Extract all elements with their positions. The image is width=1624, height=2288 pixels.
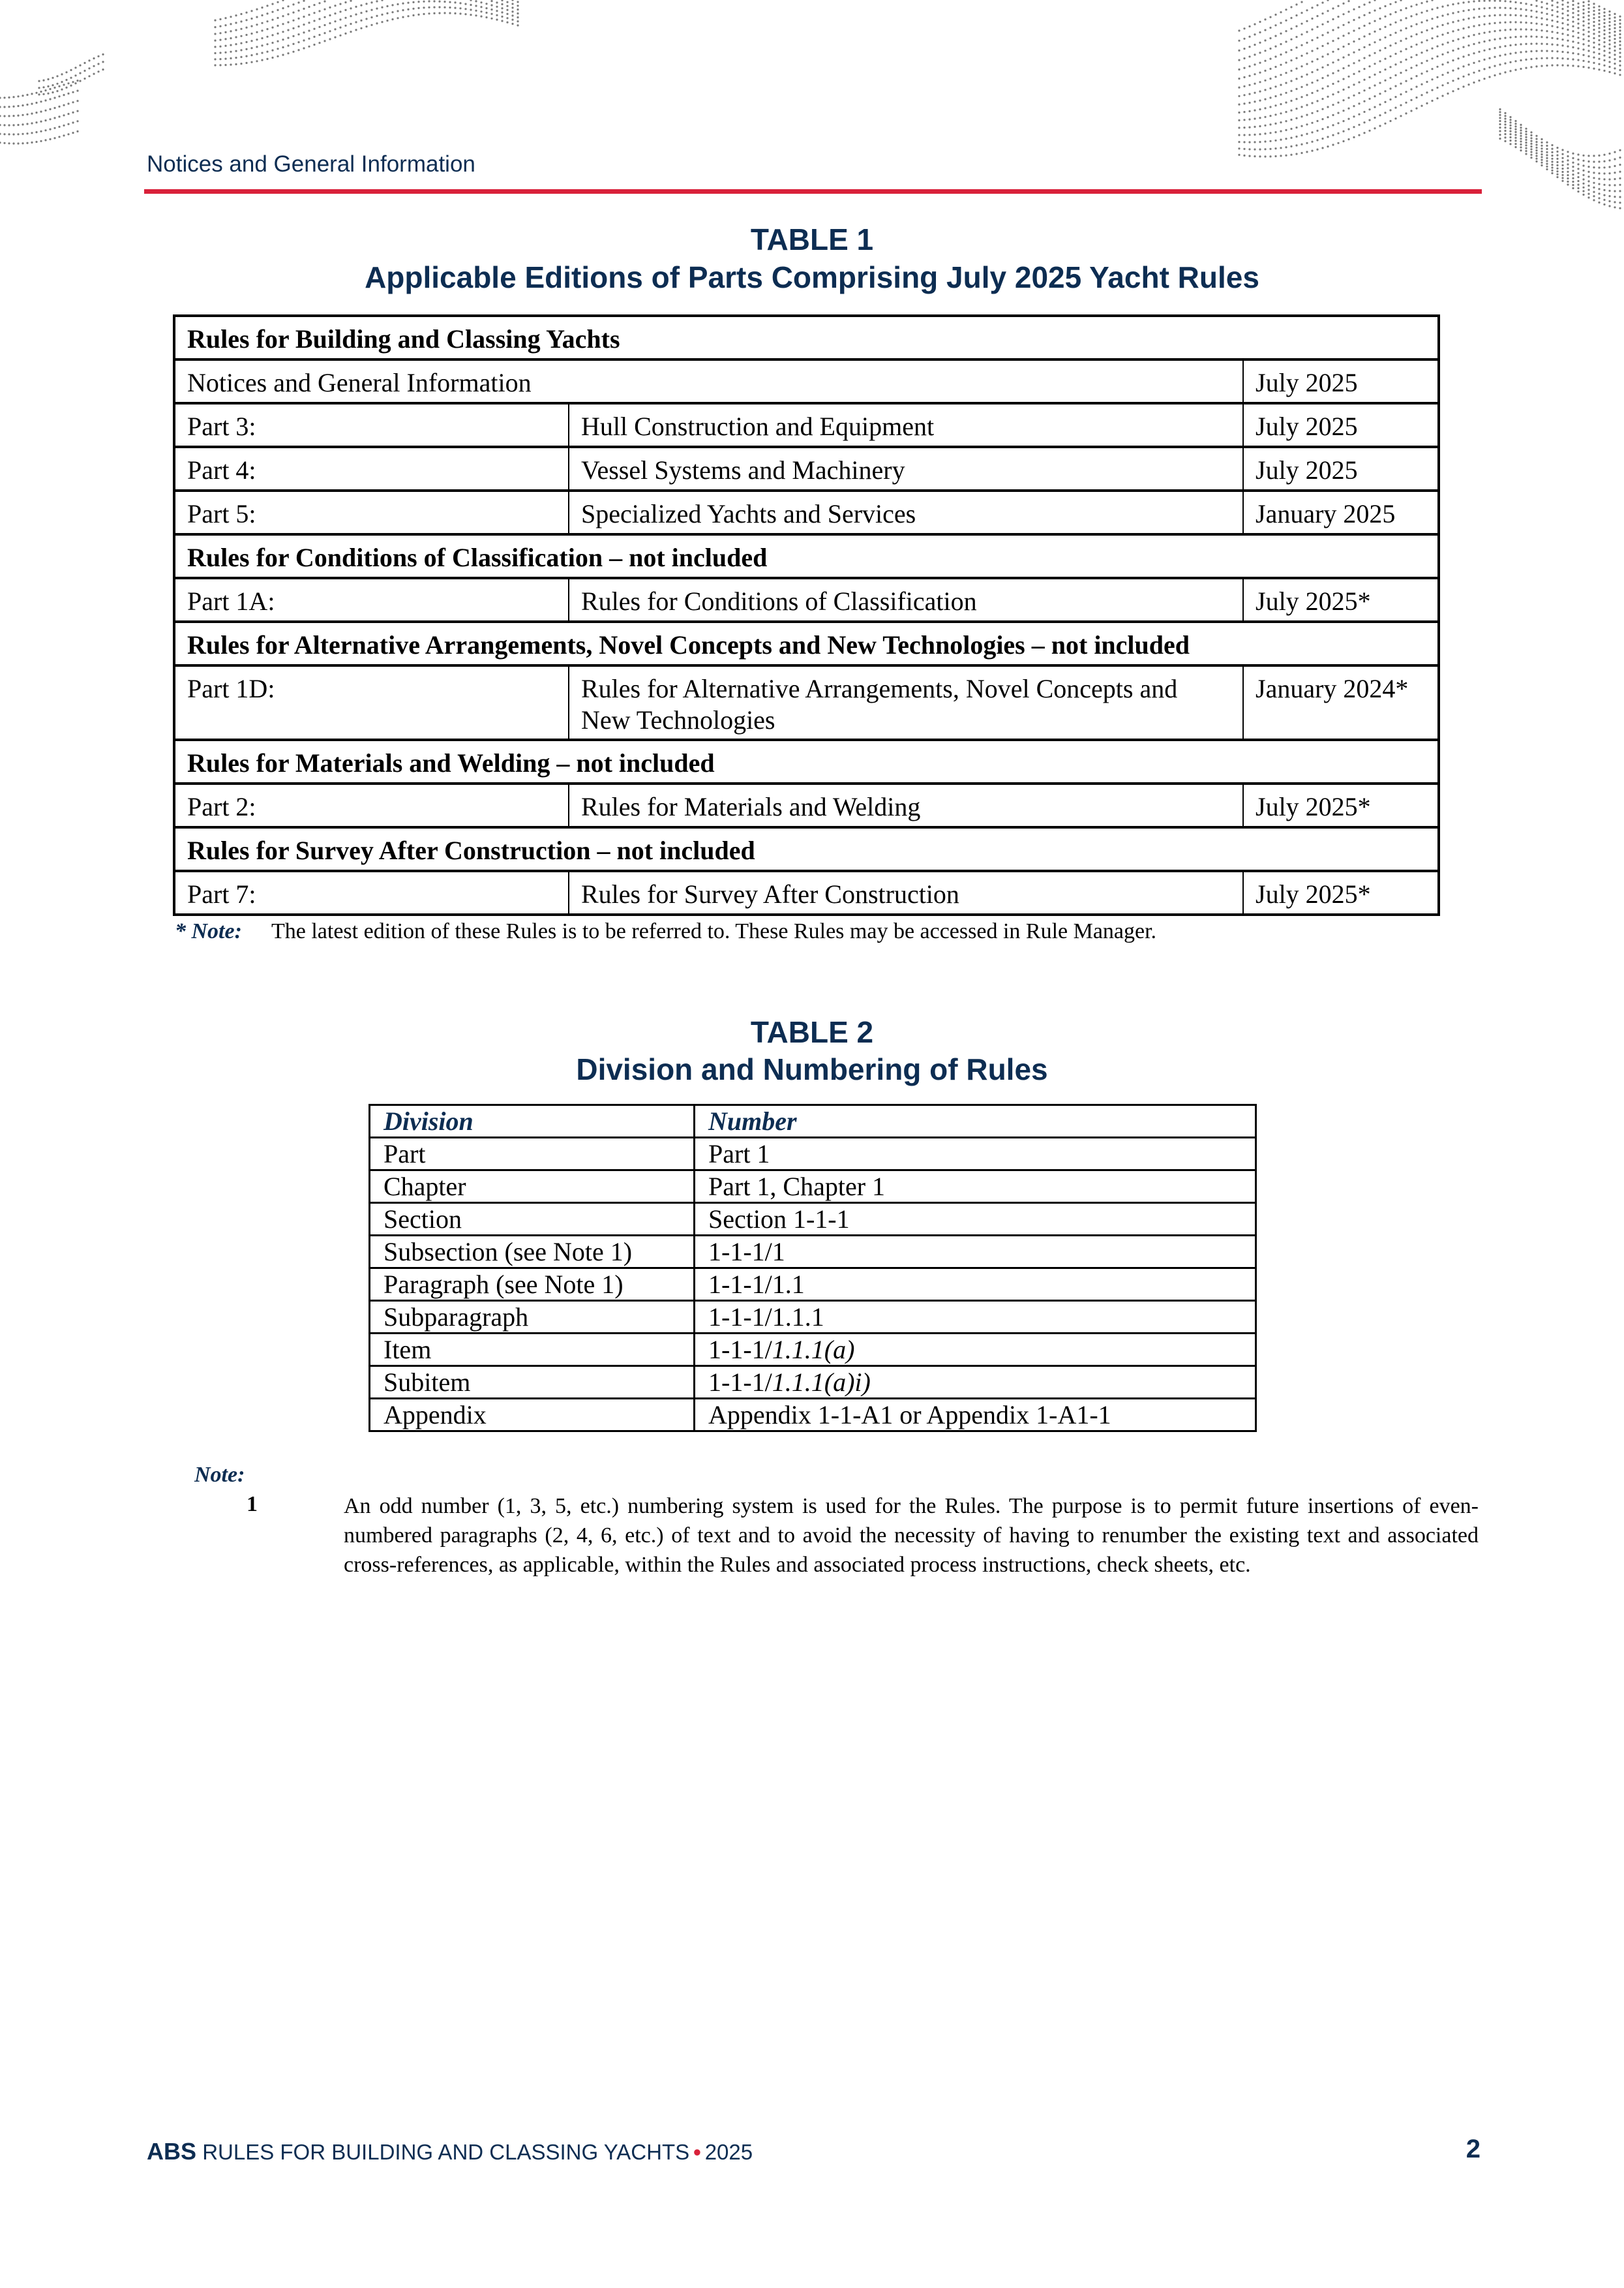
table1-row: Part 3:Hull Construction and EquipmentJu… xyxy=(174,403,1439,447)
table1-group-heading: Rules for Building and Classing Yachts xyxy=(174,316,1439,359)
table2-header-division: Division xyxy=(370,1105,695,1138)
table2-cell-division: Item xyxy=(370,1334,695,1366)
table1-cell-title: Rules for Survey After Construction xyxy=(569,871,1243,915)
table1-group-row: Rules for Survey After Construction – no… xyxy=(174,827,1439,871)
table2-cell-division: Paragraph (see Note 1) xyxy=(370,1268,695,1301)
table2-cell-number: Appendix 1-1-A1 or Appendix 1-A1-1 xyxy=(695,1399,1256,1431)
table1-row: Part 7:Rules for Survey After Constructi… xyxy=(174,871,1439,915)
table2-note-text: An odd number (1, 3, 5, etc.) numbering … xyxy=(344,1491,1479,1579)
table2-number-text: Part 1 xyxy=(708,1139,770,1168)
table1-cell-title: Rules for Conditions of Classification xyxy=(569,578,1243,622)
table2-cell-number: 1-1-1/1 xyxy=(695,1236,1256,1268)
table2-division-numbering: Division Number PartPart 1ChapterPart 1,… xyxy=(368,1104,1257,1432)
table1-cell-part: Part 1A: xyxy=(174,578,569,622)
table2-cell-number: 1-1-1/1.1.1 xyxy=(695,1301,1256,1334)
table2-row: Subsection (see Note 1)1-1-1/1 xyxy=(370,1236,1256,1268)
table2-row: Paragraph (see Note 1)1-1-1/1.1 xyxy=(370,1268,1256,1301)
table2-cell-number: Section 1-1-1 xyxy=(695,1203,1256,1236)
table1-cell-title: Hull Construction and Equipment xyxy=(569,403,1243,447)
table2-note-number: 1 xyxy=(247,1492,258,1517)
table1-cell-edition: July 2025* xyxy=(1243,784,1439,827)
table1-cell-edition: July 2025 xyxy=(1243,447,1439,491)
footer-document-title: RULES FOR BUILDING AND CLASSING YACHTS xyxy=(202,2140,689,2164)
table2-cell-division: Part xyxy=(370,1138,695,1170)
page-footer: ABS RULES FOR BUILDING AND CLASSING YACH… xyxy=(147,2138,753,2165)
table2-cell-number: 1-1-1/1.1 xyxy=(695,1268,1256,1301)
table2-cell-number: 1-1-1/1.1.1(a)i) xyxy=(695,1366,1256,1399)
table1-note: * Note:The latest edition of these Rules… xyxy=(175,919,1156,944)
table1-row: Part 5:Specialized Yachts and ServicesJa… xyxy=(174,491,1439,534)
table1-group-row: Rules for Alternative Arrangements, Nove… xyxy=(174,622,1439,665)
table1-cell-edition: July 2025* xyxy=(1243,578,1439,622)
table1-cell-edition: January 2025 xyxy=(1243,491,1439,534)
table1-group-heading: Rules for Conditions of Classification –… xyxy=(174,534,1439,578)
document-page: Notices and General Information TABLE 1 … xyxy=(0,0,1624,2288)
table2-row: SectionSection 1-1-1 xyxy=(370,1203,1256,1236)
table2-number-text: 1-1-1/1.1.1 xyxy=(708,1302,824,1332)
table1-cell-part: Part 5: xyxy=(174,491,569,534)
table1-row: Part 2:Rules for Materials and WeldingJu… xyxy=(174,784,1439,827)
table2-cell-division: Chapter xyxy=(370,1170,695,1203)
table1-cell-part: Part 4: xyxy=(174,447,569,491)
table2-number-text: 1-1-1/1.1 xyxy=(708,1270,805,1299)
header-rule xyxy=(144,189,1482,194)
table1-cell-title: Rules for Materials and Welding xyxy=(569,784,1243,827)
table1-row: Notices and General InformationJuly 2025 xyxy=(174,359,1439,403)
table2-number-text: Section 1-1-1 xyxy=(708,1204,850,1234)
running-header-title: Notices and General Information xyxy=(147,151,475,177)
table2-caption: Division and Numbering of Rules xyxy=(0,1052,1624,1087)
table1-cell-edition: January 2024* xyxy=(1243,665,1439,740)
table1-group-heading: Rules for Survey After Construction – no… xyxy=(174,827,1439,871)
table1-row: Part 4:Vessel Systems and MachineryJuly … xyxy=(174,447,1439,491)
table2-number-text: 1-1-1/ xyxy=(708,1367,772,1397)
table1-cell-part: Part 2: xyxy=(174,784,569,827)
footer-year: 2025 xyxy=(705,2140,753,2164)
table1-note-label: * Note: xyxy=(175,919,271,944)
table2-header-number: Number xyxy=(695,1105,1256,1138)
table1-row: Part 1A:Rules for Conditions of Classifi… xyxy=(174,578,1439,622)
table2-number-italic-text: 1.1.1(a) xyxy=(772,1335,855,1364)
table2-header-row: Division Number xyxy=(370,1105,1256,1138)
table1-cell-edition: July 2025 xyxy=(1243,403,1439,447)
footer-brand-logo: ABS xyxy=(147,2138,196,2165)
table1-group-heading: Rules for Alternative Arrangements, Nove… xyxy=(174,622,1439,665)
table1-applicable-editions: Rules for Building and Classing YachtsNo… xyxy=(173,314,1440,916)
table2-cell-division: Subitem xyxy=(370,1366,695,1399)
table2-number: TABLE 2 xyxy=(0,1014,1624,1050)
table2-row: Subparagraph1-1-1/1.1.1 xyxy=(370,1301,1256,1334)
table2-row: Subitem1-1-1/1.1.1(a)i) xyxy=(370,1366,1256,1399)
table2-row: ChapterPart 1, Chapter 1 xyxy=(370,1170,1256,1203)
table2-row: PartPart 1 xyxy=(370,1138,1256,1170)
table2-cell-division: Subparagraph xyxy=(370,1301,695,1334)
table1-note-text: The latest edition of these Rules is to … xyxy=(271,919,1156,943)
table2-cell-number: Part 1 xyxy=(695,1138,1256,1170)
table2-row: Item1-1-1/1.1.1(a) xyxy=(370,1334,1256,1366)
table1-row: Part 1D:Rules for Alternative Arrangemen… xyxy=(174,665,1439,740)
table1-group-row: Rules for Conditions of Classification –… xyxy=(174,534,1439,578)
table1-cell-title: Notices and General Information xyxy=(174,359,1243,403)
table1-group-heading: Rules for Materials and Welding – not in… xyxy=(174,740,1439,784)
table1-group-row: Rules for Building and Classing Yachts xyxy=(174,316,1439,359)
table1-caption: Applicable Editions of Parts Comprising … xyxy=(0,260,1624,295)
table2-number-text: Part 1, Chapter 1 xyxy=(708,1172,885,1201)
table1-cell-title: Rules for Alternative Arrangements, Nove… xyxy=(569,665,1243,740)
table2-number-text: Appendix 1-1-A1 or Appendix 1-A1-1 xyxy=(708,1400,1111,1429)
table2-cell-division: Appendix xyxy=(370,1399,695,1431)
page-number: 2 xyxy=(1454,2135,1481,2164)
table2-cell-number: Part 1, Chapter 1 xyxy=(695,1170,1256,1203)
table1-cell-part: Part 7: xyxy=(174,871,569,915)
decorative-dot-wave-graphic xyxy=(0,0,1624,222)
table2-number-italic-text: 1.1.1(a)i) xyxy=(772,1367,871,1397)
table1-cell-part: Part 3: xyxy=(174,403,569,447)
table2-number-text: 1-1-1/ xyxy=(708,1335,772,1364)
table1-cell-title: Specialized Yachts and Services xyxy=(569,491,1243,534)
table1-cell-part: Part 1D: xyxy=(174,665,569,740)
table2-cell-number: 1-1-1/1.1.1(a) xyxy=(695,1334,1256,1366)
table1-cell-edition: July 2025* xyxy=(1243,871,1439,915)
table2-number-text: 1-1-1/1 xyxy=(708,1237,785,1266)
footer-separator-icon: • xyxy=(689,2140,705,2164)
table2-note-label: Note: xyxy=(194,1463,245,1487)
table2-cell-division: Section xyxy=(370,1203,695,1236)
table2-cell-division: Subsection (see Note 1) xyxy=(370,1236,695,1268)
table2-row: AppendixAppendix 1-1-A1 or Appendix 1-A1… xyxy=(370,1399,1256,1431)
table1-number: TABLE 1 xyxy=(0,222,1624,257)
table1-cell-title: Vessel Systems and Machinery xyxy=(569,447,1243,491)
table1-group-row: Rules for Materials and Welding – not in… xyxy=(174,740,1439,784)
table1-cell-edition: July 2025 xyxy=(1243,359,1439,403)
